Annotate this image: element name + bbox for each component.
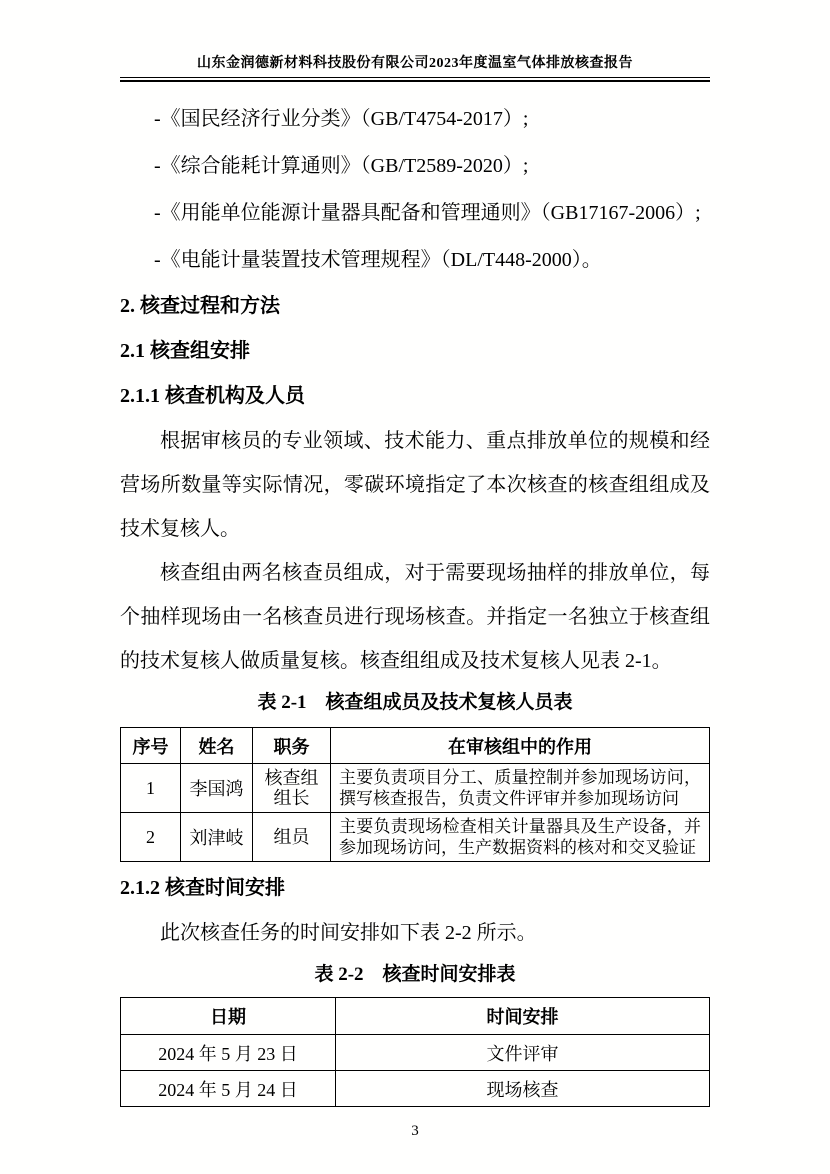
cell-duty: 主要负责现场检查相关计量器具及生产设备，并参加现场访问，生产数据资料的核对和交叉…	[331, 813, 710, 862]
col-header-activity: 时间安排	[335, 998, 709, 1035]
cell-role: 核查组 组长	[253, 764, 331, 813]
cell-duty: 主要负责项目分工、质量控制并参加现场访问，撰写核查报告，负责文件评审并参加现场访…	[331, 764, 710, 813]
table-header-row: 序号 姓名 职务 在审核组中的作用	[121, 728, 710, 764]
table2-caption: 表 2-2 核查时间安排表	[120, 957, 710, 993]
col-header-date: 日期	[121, 998, 336, 1035]
table-header-row: 日期 时间安排	[121, 998, 710, 1035]
col-header-duty: 在审核组中的作用	[331, 728, 710, 764]
col-header-name: 姓名	[181, 728, 253, 764]
running-header: 山东金润德新材料科技股份有限公司2023年度温室气体排放核查报告	[120, 54, 710, 82]
page-content: -《国民经济行业分类》（GB/T4754-2017）; -《综合能耗计算通则》（…	[120, 96, 710, 1107]
cell-date: 2024 年 5 月 24 日	[121, 1071, 336, 1107]
section-heading-2-1: 2.1 核查组安排	[120, 329, 710, 374]
document-page: 山东金润德新材料科技股份有限公司2023年度温室气体排放核查报告 -《国民经济行…	[0, 0, 830, 1174]
reference-item: -《用能单位能源计量器具配备和管理通则》（GB17167-2006）;	[120, 190, 710, 237]
cell-activity: 文件评审	[335, 1035, 709, 1071]
cell-no: 1	[121, 764, 181, 813]
table1-caption: 表 2-1 核查组成员及技术复核人员表	[120, 685, 710, 721]
section-heading-2-1-1: 2.1.1 核查机构及人员	[120, 374, 710, 419]
cell-name: 刘津岐	[181, 813, 253, 862]
paragraph-schedule-intro: 此次核查任务的时间安排如下表 2-2 所示。	[120, 911, 710, 955]
reference-item: -《电能计量装置技术管理规程》（DL/T448-2000）。	[120, 237, 710, 284]
report-title: 山东金润德新材料科技股份有限公司2023年度温室气体排放核查报告	[120, 54, 710, 74]
paragraph-team-selection: 根据审核员的专业领域、技术能力、重点排放单位的规模和经营场所数量等实际情况，零碳…	[120, 419, 710, 551]
cell-role: 组员	[253, 813, 331, 862]
table-row: 2024 年 5 月 23 日 文件评审	[121, 1035, 710, 1071]
cell-name: 李国鸿	[181, 764, 253, 813]
col-header-no: 序号	[121, 728, 181, 764]
reference-item: -《综合能耗计算通则》（GB/T2589-2020）;	[120, 143, 710, 190]
paragraph-team-composition: 核查组由两名核查员组成，对于需要现场抽样的排放单位，每个抽样现场由一名核查员进行…	[120, 551, 710, 683]
verification-team-table: 序号 姓名 职务 在审核组中的作用 1 李国鸿 核查组 组长 主要负责项目分工、…	[120, 727, 710, 862]
page-footer: 3	[0, 1123, 830, 1140]
cell-activity: 现场核查	[335, 1071, 709, 1107]
cell-date: 2024 年 5 月 23 日	[121, 1035, 336, 1071]
section-heading-2-1-2: 2.1.2 核查时间安排	[120, 866, 710, 911]
section-heading-2: 2. 核查过程和方法	[120, 284, 710, 329]
col-header-role: 职务	[253, 728, 331, 764]
cell-no: 2	[121, 813, 181, 862]
header-divider	[120, 77, 710, 82]
table-row: 1 李国鸿 核查组 组长 主要负责项目分工、质量控制并参加现场访问，撰写核查报告…	[121, 764, 710, 813]
table-row: 2024 年 5 月 24 日 现场核查	[121, 1071, 710, 1107]
reference-list: -《国民经济行业分类》（GB/T4754-2017）; -《综合能耗计算通则》（…	[120, 96, 710, 284]
schedule-table: 日期 时间安排 2024 年 5 月 23 日 文件评审 2024 年 5 月 …	[120, 997, 710, 1107]
reference-item: -《国民经济行业分类》（GB/T4754-2017）;	[120, 96, 710, 143]
table-row: 2 刘津岐 组员 主要负责现场检查相关计量器具及生产设备，并参加现场访问，生产数…	[121, 813, 710, 862]
page-number: 3	[411, 1123, 419, 1139]
